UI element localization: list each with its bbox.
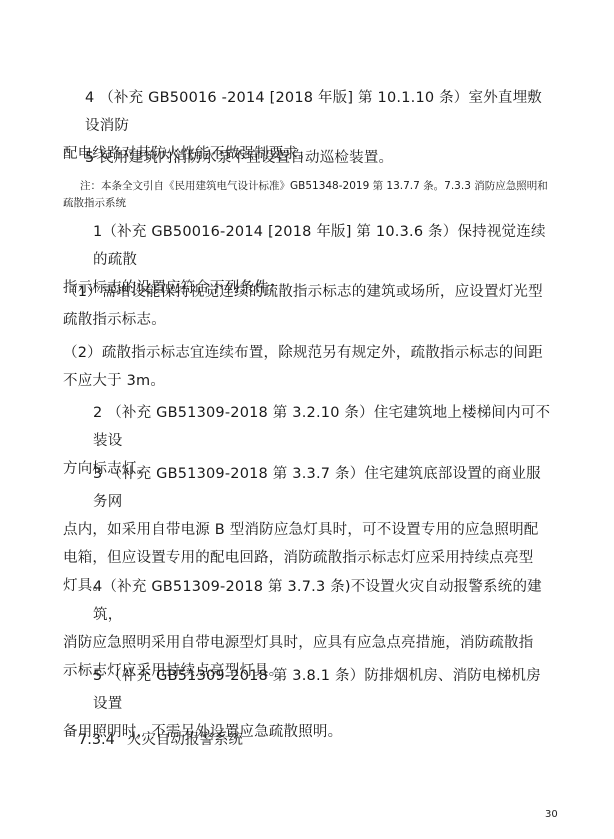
paragraph-line: 不应大于 3m。	[63, 367, 555, 395]
paragraph-line: 1（补充 GB50016-2014 [2018 年版] 第 10.3.6 条）保…	[63, 218, 555, 274]
paragraph-line: 5 民用建筑内消防水泵不宜设置自动巡检装置。	[63, 144, 555, 172]
note-line: 疏散指示系统	[63, 195, 563, 212]
paragraph-item-5-pump: 5 民用建筑内消防水泵不宜设置自动巡检装置。	[63, 144, 555, 172]
section-number: 7.3.4	[78, 732, 115, 748]
paragraph-line: （2）疏散指示标志宜连续布置，除规范另有规定外，疏散指示标志的间距	[63, 339, 555, 367]
section-heading: 7.3.4火灾自动报警系统	[78, 726, 243, 754]
paragraph-sub-item-1: （1）需增设能保持视觉连续的疏散指示标志的建筑或场所，应设置灯光型 疏散指示标志…	[63, 278, 555, 334]
paragraph-line: 3 （补充 GB51309-2018 第 3.3.7 条）住宅建筑底部设置的商业…	[63, 460, 555, 516]
citation-note: 注：本条全文引自《民用建筑电气设计标准》GB51348-2019 第 13.7.…	[63, 178, 563, 212]
paragraph-line: （1）需增设能保持视觉连续的疏散指示标志的建筑或场所，应设置灯光型	[63, 278, 555, 306]
paragraph-line: 2 （补充 GB51309-2018 第 3.2.10 条）住宅建筑地上楼梯间内…	[63, 399, 555, 455]
page-number: 30	[545, 809, 558, 821]
paragraph-line: 疏散指示标志。	[63, 306, 555, 334]
paragraph-line: 消防应急照明采用自带电源型灯具时，应具有应急点亮措施，消防疏散指	[63, 629, 555, 657]
paragraph-line: 4（补充 GB51309-2018 第 3.7.3 条)不设置火灾自动报警系统的…	[63, 573, 555, 629]
section-title: 火灾自动报警系统	[127, 732, 243, 748]
document-page: 4 （补充 GB50016 -2014 [2018 年版] 第 10.1.10 …	[0, 0, 614, 839]
paragraph-sub-item-2: （2）疏散指示标志宜连续布置，除规范另有规定外，疏散指示标志的间距 不应大于 3…	[63, 339, 555, 395]
paragraph-line: 4 （补充 GB50016 -2014 [2018 年版] 第 10.1.10 …	[63, 84, 555, 140]
note-line: 注：本条全文引自《民用建筑电气设计标准》GB51348-2019 第 13.7.…	[63, 178, 563, 195]
paragraph-line: 5 （补充 GB51309-2018 第 3.8.1 条）防排烟机房、消防电梯机…	[63, 662, 555, 718]
paragraph-line: 电箱，但应设置专用的配电回路，消防疏散指示标志灯应采用持续点亮型	[63, 544, 555, 572]
paragraph-line: 点内，如采用自带电源 B 型消防应急灯具时，可不设置专用的应急照明配	[63, 516, 555, 544]
